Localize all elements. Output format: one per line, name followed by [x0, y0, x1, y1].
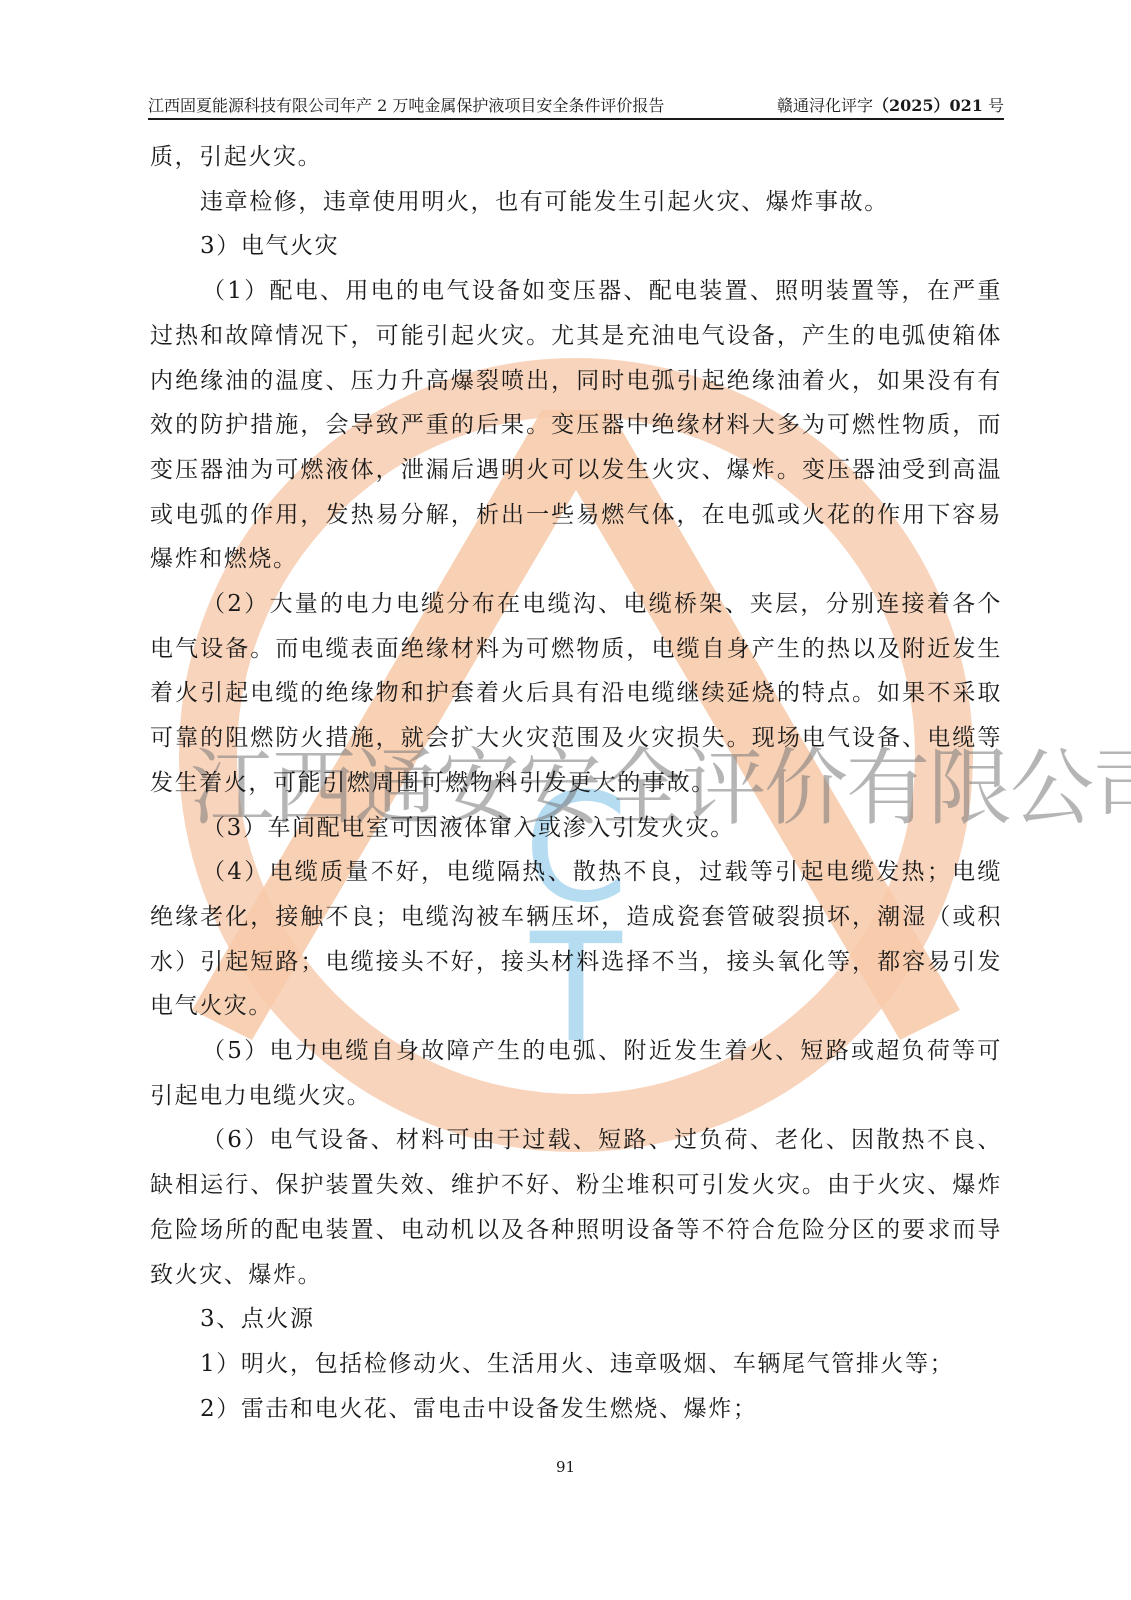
list-item: （3）车间配电室可因液体窜入或渗入引发火灾。	[150, 806, 1002, 851]
body-text: 质，引起火灾。 违章检修，违章使用明火，也有可能发生引起火灾、爆炸事故。 3）电…	[150, 135, 1002, 1431]
paragraph: 质，引起火灾。	[150, 135, 1002, 180]
header-report-title: 江西固夏能源科技有限公司年产 2 万吨金属保护液项目安全条件评价报告	[148, 96, 664, 116]
section-heading-electrical-fire: 3）电气火灾	[150, 224, 1002, 269]
report-number-suffix: 号	[983, 96, 1004, 115]
list-item: 2）雷击和电火花、雷电击中设备发生燃烧、爆炸；	[150, 1387, 1002, 1432]
list-item: （5）电力电缆自身故障产生的电弧、附近发生着火、短路或超负荷等可引起电力电缆火灾…	[150, 1029, 1002, 1118]
list-item: 1）明火，包括检修动火、生活用火、违章吸烟、车辆尾气管排火等；	[150, 1342, 1002, 1387]
list-item: （2）大量的电力电缆分布在电缆沟、电缆桥架、夹层，分别连接着各个电气设备。而电缆…	[150, 582, 1002, 806]
report-number-prefix: 赣通浔化评字	[777, 96, 873, 115]
page-number: 91	[0, 1458, 1131, 1476]
header-report-number: 赣通浔化评字（2025）021 号	[777, 96, 1004, 116]
document-page: 江西固夏能源科技有限公司年产 2 万吨金属保护液项目安全条件评价报告 赣通浔化评…	[0, 0, 1131, 1600]
list-item: （1）配电、用电的电气设备如变压器、配电装置、照明装置等，在严重过热和故障情况下…	[150, 269, 1002, 582]
list-item: （4）电缆质量不好，电缆隔热、散热不良，过载等引起电缆发热；电缆绝缘老化，接触不…	[150, 850, 1002, 1029]
list-item: （6）电气设备、材料可由于过载、短路、过负荷、老化、因散热不良、缺相运行、保护装…	[150, 1118, 1002, 1297]
paragraph: 违章检修，违章使用明火，也有可能发生引起火灾、爆炸事故。	[150, 180, 1002, 225]
section-heading-ignition-sources: 3、点火源	[150, 1297, 1002, 1342]
report-number-code: （2025）021	[873, 96, 983, 115]
running-header: 江西固夏能源科技有限公司年产 2 万吨金属保护液项目安全条件评价报告 赣通浔化评…	[148, 92, 1004, 120]
